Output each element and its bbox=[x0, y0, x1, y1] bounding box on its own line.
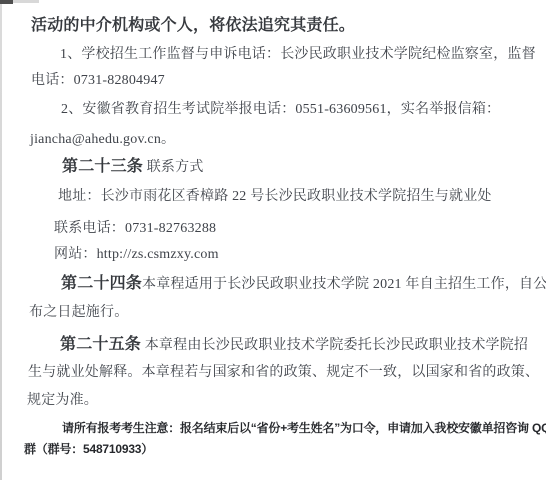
line-qq-notice: 请所有报考考生注意：报名结束后以“省份+考生姓名”为口令，申请加入我校安徽单招咨… bbox=[62, 421, 546, 436]
scan-corner-artifact bbox=[0, 0, 13, 4]
qq-notice-text: 请所有报考考生注意：报名结束后以“省份+考生姓名”为口令，申请加入我校安徽单招咨… bbox=[62, 421, 546, 435]
line-school-supervision-phone: 1、学校招生工作监督与申诉电话：长沙民政职业技术学院纪检监察室，监督 bbox=[60, 46, 536, 64]
supervision-phone-number-text: 电话：0731-82804947 bbox=[31, 73, 165, 88]
line-report-email: jiancha@ahedu.gov.cn。 bbox=[30, 131, 175, 149]
article-25-continuation-2-text: 规定为准。 bbox=[27, 393, 98, 408]
line-article-25-continuation-2: 规定为准。 bbox=[27, 392, 98, 410]
line-article-23: 第二十三条 联系方式 bbox=[62, 157, 204, 177]
anhui-report-phone-text: 2、安徽省教育招生考试院举报电话：0551-63609561，实名举报信箱： bbox=[61, 102, 500, 117]
article-24-body: 本章程适用于长沙民政职业技术学院 2021 年自主招生工作，自公 bbox=[142, 277, 546, 292]
line-article-25: 第二十五条 本章程由长沙民政职业技术学院委托长沙民政职业技术学院招 bbox=[60, 335, 528, 355]
line-contact-phone: 联系电话：0731-82763288 bbox=[54, 220, 216, 238]
line-address: 地址：长沙市雨花区香樟路 22 号长沙民政职业技术学院招生与就业处 bbox=[58, 188, 492, 206]
address-text: 地址：长沙市雨花区香樟路 22 号长沙民政职业技术学院招生与就业处 bbox=[58, 189, 492, 204]
report-email-text: jiancha@ahedu.gov.cn。 bbox=[30, 132, 175, 147]
website-text: 网站：http://zs.csmzxy.com bbox=[54, 247, 219, 262]
line-website: 网站：http://zs.csmzxy.com bbox=[54, 246, 219, 264]
line-supervision-phone-number: 电话：0731-82804947 bbox=[31, 72, 165, 90]
scan-edge-line bbox=[0, 0, 2, 480]
line-liability-statement: 活动的中介机构或个人，将依法追究其责任。 bbox=[31, 16, 355, 36]
scanned-document-page: 活动的中介机构或个人，将依法追究其责任。 1、学校招生工作监督与申诉电话：长沙民… bbox=[0, 0, 546, 480]
liability-statement-text: 活动的中介机构或个人，将依法追究其责任。 bbox=[31, 17, 355, 34]
school-supervision-phone-text: 1、学校招生工作监督与申诉电话：长沙民政职业技术学院纪检监察室，监督 bbox=[60, 47, 536, 62]
article-25-body: 本章程由长沙民政职业技术学院委托长沙民政职业技术学院招 bbox=[141, 338, 528, 353]
article-25-heading: 第二十五条 bbox=[60, 336, 141, 353]
contact-phone-text: 联系电话：0731-82763288 bbox=[54, 221, 216, 236]
line-article-24: 第二十四条本章程适用于长沙民政职业技术学院 2021 年自主招生工作，自公 bbox=[61, 274, 546, 294]
line-article-25-continuation-1: 生与就业处解释。本章程若与国家和省的政策、规定不一致，以国家和省的政策、 bbox=[28, 364, 539, 382]
line-article-24-continuation: 布之日起施行。 bbox=[29, 304, 128, 322]
article-23-title: 联系方式 bbox=[143, 160, 204, 175]
line-qq-group-number: 群（群号：548710933） bbox=[24, 442, 153, 457]
article-24-continuation-text: 布之日起施行。 bbox=[29, 305, 128, 320]
qq-group-number-text: 群（群号：548710933） bbox=[24, 442, 153, 456]
scan-corner-artifact-fade bbox=[13, 0, 39, 3]
line-anhui-report-phone: 2、安徽省教育招生考试院举报电话：0551-63609561，实名举报信箱： bbox=[61, 101, 500, 119]
article-25-continuation-1-text: 生与就业处解释。本章程若与国家和省的政策、规定不一致，以国家和省的政策、 bbox=[28, 365, 539, 380]
article-23-heading: 第二十三条 bbox=[62, 158, 143, 175]
article-24-heading: 第二十四条 bbox=[61, 275, 142, 292]
